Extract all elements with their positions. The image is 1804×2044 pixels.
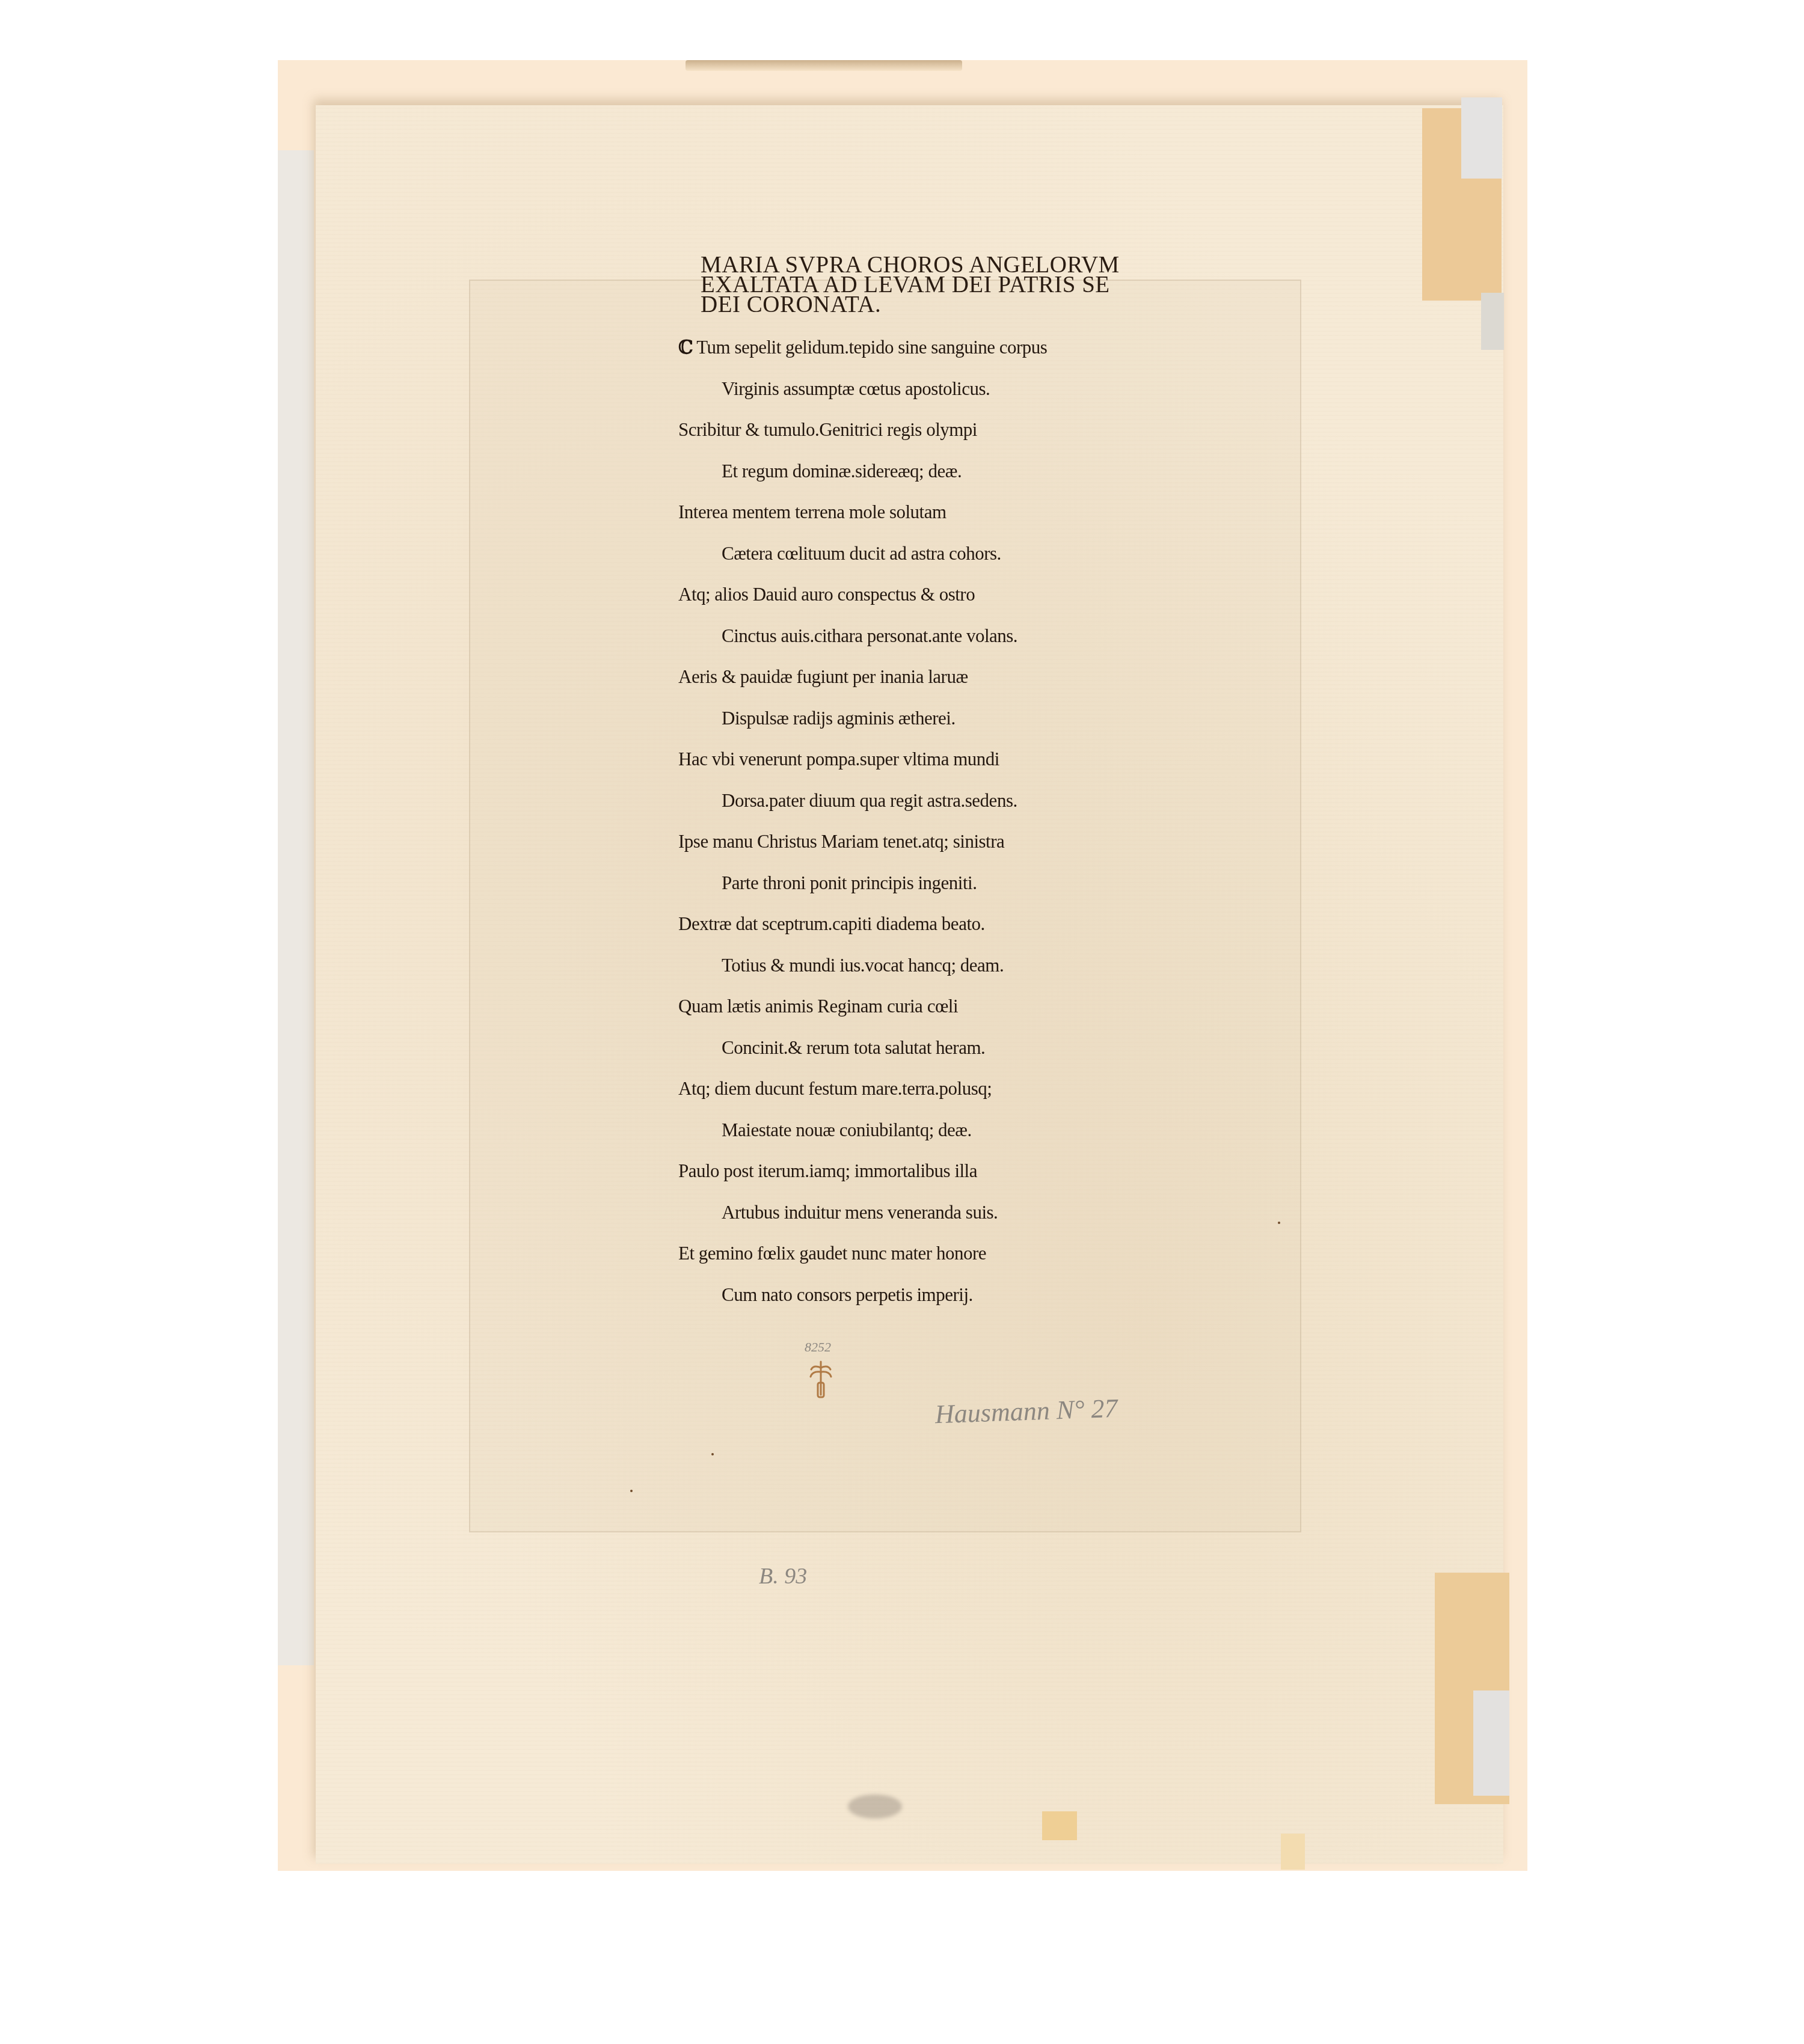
verse-line: Cum nato consors perpetis imperij. [722, 1284, 973, 1306]
verse-line-text: Paulo post iterum.iamq; immortalibus ill… [678, 1160, 977, 1181]
verse-line-text: Quam lætis animis Reginam curia cœli [678, 996, 958, 1017]
tape-fragment-bottom-right [1281, 1834, 1305, 1870]
paragraph-mark-icon: ℂ [678, 337, 693, 358]
collector-note: Hausmann N° 27 [934, 1393, 1118, 1430]
verse-line: Totius & mundi ius.vocat hancq; deam. [722, 955, 1004, 976]
verse-line: Et gemino fœlix gaudet nunc mater honore [678, 1243, 986, 1264]
verse-line: Ipse manu Christus Mariam tenet.atq; sin… [678, 831, 1004, 852]
verse-line-text: Virginis assumptæ cœtus apostolicus. [722, 378, 990, 399]
tape-fragment-bottom [1042, 1811, 1077, 1840]
verse-line: Paulo post iterum.iamq; immortalibus ill… [678, 1160, 977, 1182]
verse-line-text: Aeris & pauidæ fugiunt per inania laruæ [678, 666, 968, 687]
verse-line: Atq; diem ducunt festum mare.terra.polus… [678, 1078, 992, 1100]
verse-line: Hac vbi venerunt pompa.super vltima mund… [678, 748, 999, 770]
foxing-spot [1278, 1222, 1280, 1224]
verse-line-text: Atq; diem ducunt festum mare.terra.polus… [678, 1078, 992, 1099]
verse-line: Quam lætis animis Reginam curia cœli [678, 996, 958, 1017]
foxing-spot [711, 1453, 714, 1455]
verse-line-text: Scribitur & tumulo.Genitrici regis olymp… [678, 419, 977, 440]
mount-top-edge [686, 60, 962, 71]
verse-line: Virginis assumptæ cœtus apostolicus. [722, 378, 990, 400]
hinge-tape-top-overlay [1461, 97, 1502, 179]
verse-line-text: Tum sepelit gelidum.tepido sine sanguine… [696, 337, 1047, 358]
verse-line: Et regum dominæ.sidereæq; deæ. [722, 461, 962, 482]
verse-line: Cinctus auis.cithara personat.ante volan… [722, 625, 1017, 647]
verse-line: Concinit.& rerum tota salutat heram. [722, 1037, 985, 1059]
verse-line-text: Cinctus auis.cithara personat.ante volan… [722, 625, 1017, 646]
verse-line-text: Ipse manu Christus Mariam tenet.atq; sin… [678, 831, 1004, 852]
verse-line-text: Concinit.& rerum tota salutat heram. [722, 1037, 985, 1058]
verse-line: Parte throni ponit principis ingeniti. [722, 872, 977, 894]
pencil-smudge [848, 1795, 902, 1819]
verse-line-text: Et regum dominæ.sidereæq; deæ. [722, 461, 962, 482]
palm-stamp-icon [809, 1359, 833, 1401]
verse-line: Dextræ dat sceptrum.capiti diadema beato… [678, 913, 985, 935]
foxing-spot [630, 1490, 633, 1492]
verse-line: Maiestate nouæ coniubilantq; deæ. [722, 1119, 972, 1141]
verse-line: Aeris & pauidæ fugiunt per inania laruæ [678, 666, 968, 688]
verse-line-text: Hac vbi venerunt pompa.super vltima mund… [678, 748, 999, 770]
verse-line: Dorsa.pater diuum qua regit astra.sedens… [722, 790, 1017, 812]
verse-line-text: Cætera cœlituum ducit ad astra cohors. [722, 543, 1001, 564]
verse-line-text: Et gemino fœlix gaudet nunc mater honore [678, 1243, 986, 1264]
verse-line-text: Dispulsæ radijs agminis ætherei. [722, 708, 956, 729]
verse-line-text: Dextræ dat sceptrum.capiti diadema beato… [678, 913, 985, 934]
poem-heading: MARIA SVPRA CHOROS ANGELORVM EXALTATA AD… [701, 255, 1134, 314]
verse-line: Atq; alios Dauid auro conspectus & ostro [678, 584, 975, 605]
verse-line: Scribitur & tumulo.Genitrici regis olymp… [678, 419, 977, 441]
verse-line: Artubus induitur mens veneranda suis. [722, 1202, 998, 1223]
verse-line: Cætera cœlituum ducit ad astra cohors. [722, 543, 1001, 565]
hinge-tape-bottom-overlay [1473, 1691, 1509, 1796]
catalogue-reference: B. 93 [759, 1563, 807, 1590]
verse-line: Interea mentem terrena mole solutam [678, 501, 946, 523]
verse-line-text: Atq; alios Dauid auro conspectus & ostro [678, 584, 975, 605]
verse-line-text: Dorsa.pater diuum qua regit astra.sedens… [722, 790, 1017, 811]
inventory-number: 8252 [805, 1339, 831, 1355]
verse-line-text: Cum nato consors perpetis imperij. [722, 1284, 973, 1305]
verse-line-text: Artubus induitur mens veneranda suis. [722, 1202, 998, 1223]
verse-line-text: Interea mentem terrena mole solutam [678, 501, 946, 522]
verse-line: Dispulsæ radijs agminis ætherei. [722, 708, 956, 729]
hinge-tape-top-lower-overlay [1481, 293, 1504, 350]
verse-line-text: Maiestate nouæ coniubilantq; deæ. [722, 1119, 972, 1140]
mount-left-edge [278, 150, 314, 1665]
verse-line-text: Totius & mundi ius.vocat hancq; deam. [722, 955, 1004, 976]
verse-line: ℂTum sepelit gelidum.tepido sine sanguin… [678, 337, 1047, 358]
verse-line-text: Parte throni ponit principis ingeniti. [722, 872, 977, 893]
